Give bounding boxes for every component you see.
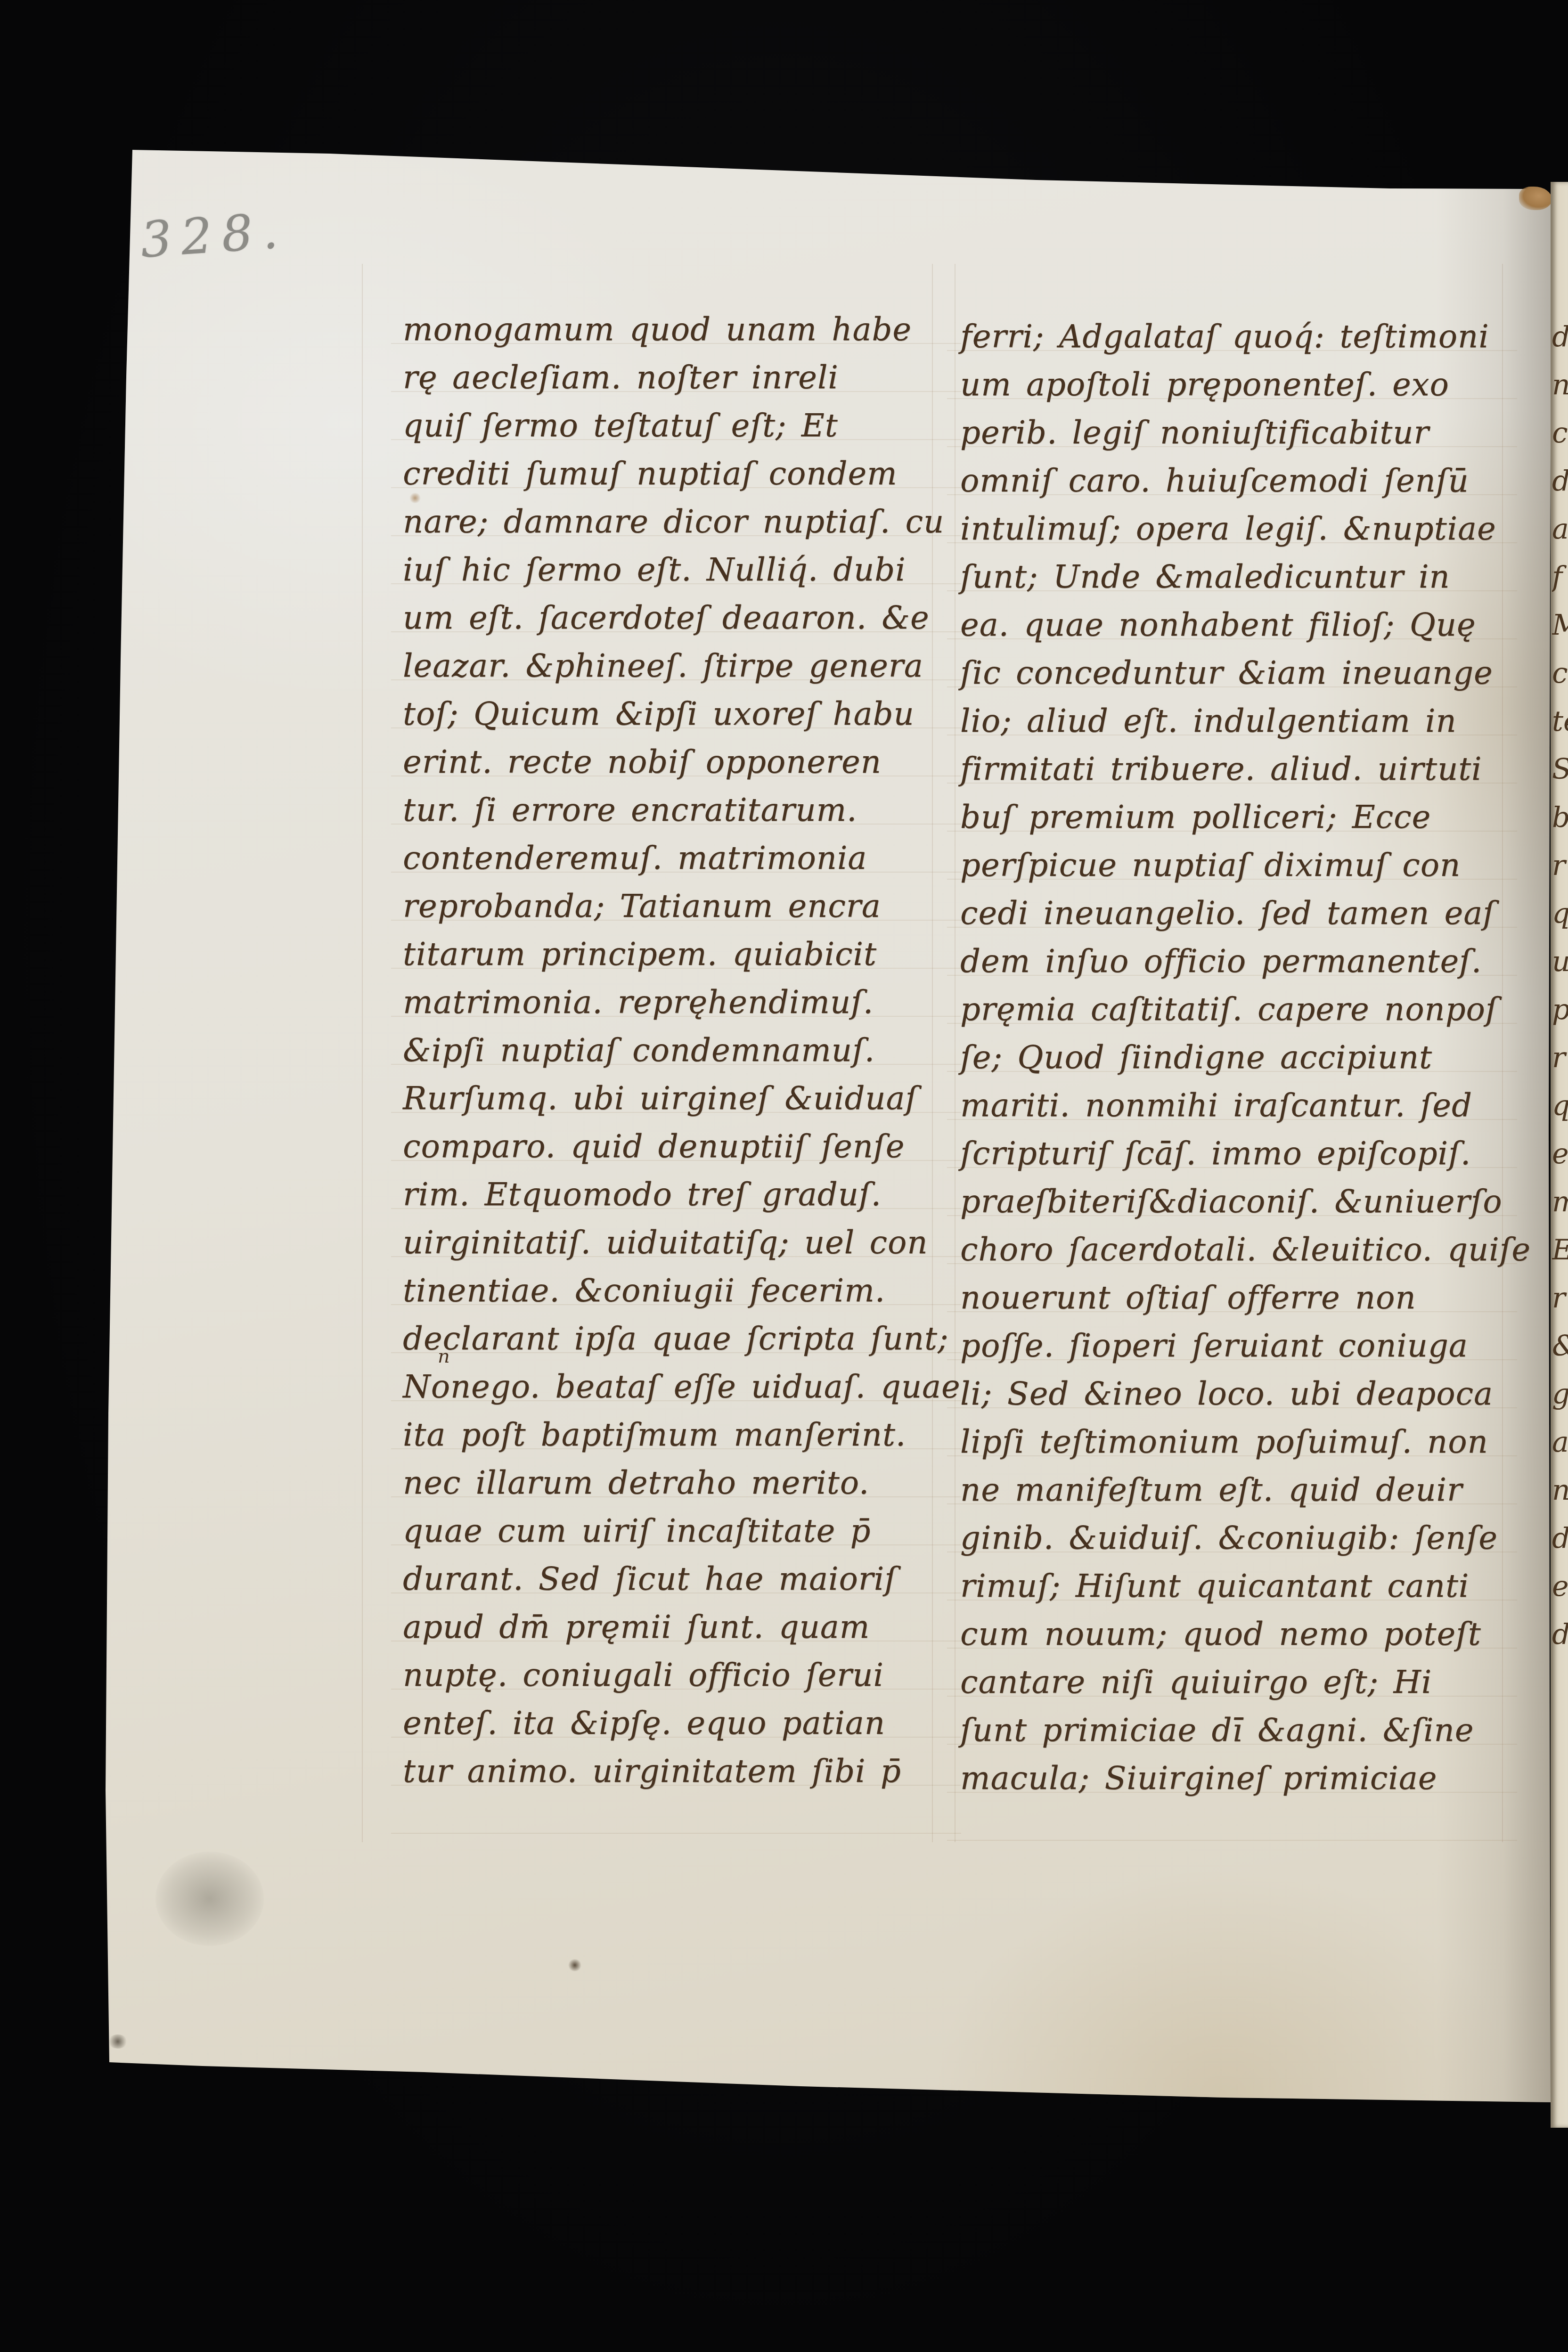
text-line: comparo. quid denuptiiſ ſenſe (403, 1122, 949, 1170)
superscript-correction-n: n (438, 1346, 450, 1367)
text-line: quiſ ſermo teſtatuſ eſt; Et (403, 401, 949, 449)
text-line: tur animo. uirginitatem ſibi p̄ (403, 1747, 949, 1795)
facing-line-fragment (1552, 1755, 1568, 1803)
text-line: durant. Sed ſicut hae maioriſ (403, 1555, 949, 1603)
text-line: titarum principem. quiabicit (403, 930, 949, 978)
text-line: tur. ſi errore encratitarum. (403, 786, 949, 834)
facing-line-fragment: d (1552, 1610, 1568, 1658)
facing-line-fragment: g (1552, 1370, 1568, 1418)
text-line: cum nouum; quod nemo poteſt (960, 1610, 1507, 1658)
facing-line-fragment: a (1552, 505, 1568, 553)
text-line: praeſbiteriſ&diaconiſ. &uniuerſo (960, 1177, 1507, 1225)
text-line: buſ premium polliceri; Ecce (960, 793, 1507, 841)
facing-line-fragment: m (1552, 1178, 1568, 1226)
text-line: pręmia caſtitatiſ. capere nonpoſ (960, 985, 1507, 1033)
facing-line-fragment: r (1552, 1034, 1568, 1082)
text-line: &ipſi nuptiaſ condemnamuſ. (403, 1026, 949, 1074)
facing-line-fragment: E (1552, 1226, 1568, 1274)
text-line: Nonego. beataſ eſſe uiduaſ. quae (403, 1363, 949, 1411)
ruling-line-vertical (955, 264, 955, 1842)
facing-line-fragment: u (1552, 938, 1568, 986)
text-line: cantare niſi quiuirgo eſt; Hi (960, 1658, 1507, 1706)
text-line: macula; Siuirgineſ primiciae (960, 1754, 1507, 1802)
text-line: quae cum uiriſ incaſtitate p̄ (403, 1507, 949, 1555)
text-line: Rurſumq. ubi uirgineſ &uiduaſ (403, 1074, 949, 1122)
torn-parchment-notch (1519, 187, 1552, 210)
text-line: um apoſtoli pręponenteſ. exo (960, 360, 1507, 408)
text-line: ſunt; Unde &maledicuntur in (960, 553, 1507, 601)
small-stain-dot (568, 1959, 582, 1971)
ink-smudge-stain (155, 1852, 264, 1946)
manuscript-photo: 328. monogamum quod unam haberę aecleſia… (0, 0, 1568, 2352)
facing-page-line-fragments: dncadafMcateSbrquprqemEr&ganded (1552, 313, 1568, 1803)
text-line: firmitati tribuere. aliud. uirtuti (960, 745, 1507, 793)
text-line: tinentiae. &coniugii fecerim. (403, 1266, 949, 1315)
text-line: crediti ſumuſ nuptiaſ condem (403, 449, 949, 498)
text-line: declarant ipſa quae ſcripta ſunt; (403, 1315, 949, 1363)
text-line: ſe; Quod ſiindigne accipiunt (960, 1033, 1507, 1081)
text-line: lipſi teſtimonium poſuimuſ. non (960, 1418, 1507, 1466)
text-line: mariti. nonmihi iraſcantur. ſed (960, 1081, 1507, 1129)
facing-line-fragment: d (1552, 1514, 1568, 1562)
text-line: cedi ineuangelio. ſed tamen eaſ (960, 889, 1507, 937)
facing-line-fragment: f (1552, 553, 1568, 601)
text-line: um eſt. ſacerdoteſ deaaron. &e (403, 594, 949, 642)
text-line: uirginitatiſ. uiduitatiſq; uel con (403, 1218, 949, 1266)
text-line: dem inſuo officio permanenteſ. (960, 937, 1507, 985)
text-line: matrimonia. repręhendimuſ. (403, 978, 949, 1026)
text-line: apud dm̄ pręmii ſunt. quam (403, 1603, 949, 1651)
text-column-left: monogamum quod unam haberę aecleſiam. no… (403, 305, 949, 1795)
facing-line-fragment: a (1552, 1418, 1568, 1466)
facing-line-fragment: M (1552, 601, 1568, 649)
facing-line-fragment: ca (1552, 409, 1568, 457)
text-line: ferri; Adgalataſ quoq́: teſtimoni (960, 312, 1507, 360)
text-line: poſſe. ſioperi ſeruiant coniuga (960, 1322, 1507, 1370)
facing-line-fragment: r (1552, 841, 1568, 890)
text-line: nec illarum detraho merito. (403, 1459, 949, 1507)
edge-speck (107, 2034, 128, 2049)
facing-line-fragment: n (1552, 1466, 1568, 1514)
text-line: leazar. &phineeſ. ſtirpe genera (403, 642, 949, 690)
text-line: ita poſt baptiſmum manſerint. (403, 1411, 949, 1459)
text-line: perſpicue nuptiaſ diximuſ con (960, 841, 1507, 889)
facing-line-fragment: d (1552, 313, 1568, 361)
facing-line-fragment: te (1552, 697, 1568, 745)
facing-line-fragment: ca (1552, 649, 1568, 697)
text-line: nouerunt oſtiaſ offerre non (960, 1274, 1507, 1322)
text-line: ſcripturiſ ſcāſ. immo epiſcopiſ. (960, 1129, 1507, 1177)
facing-line-fragment: S (1552, 745, 1568, 793)
text-line: toſ; Quicum &ipſi uxoreſ habu (403, 690, 949, 738)
text-line: reprobanda; Tatianum encra (403, 882, 949, 930)
text-line: lio; aliud eſt. indulgentiam in (960, 697, 1507, 745)
text-line: intulimuſ; opera legiſ. &nuptiae (960, 505, 1507, 553)
text-line: erint. recte nobiſ opponeren (403, 738, 949, 786)
facing-line-fragment: q (1552, 890, 1568, 938)
text-line: ginib. &uiduiſ. &coniugib: ſenſe (960, 1514, 1507, 1562)
text-line: omniſ caro. huiuſcemodi ſenſū (960, 457, 1507, 505)
text-line: rim. Etquomodo treſ graduſ. (403, 1170, 949, 1218)
text-line: enteſ. ita &ipſę. equo patian (403, 1699, 949, 1747)
facing-line-fragment (1552, 1658, 1568, 1707)
text-line: rę aecleſiam. noſter inreli (403, 353, 949, 401)
text-line: nare; damnare dicor nuptiaſ. cu (403, 498, 949, 546)
facing-line-fragment: & (1552, 1322, 1568, 1370)
text-line: monogamum quod unam habe (403, 305, 949, 353)
facing-line-fragment: b (1552, 793, 1568, 841)
text-line: nuptę. coniugali officio ſerui (403, 1651, 949, 1699)
text-line: perib. legiſ noniuſtificabitur (960, 408, 1507, 457)
text-line: ſunt primiciae dī &agni. &ſine (960, 1706, 1507, 1754)
facing-line-fragment: e (1552, 1130, 1568, 1178)
facing-page-edge: dncadafMcateSbrquprqemEr&ganded (1551, 182, 1568, 2128)
text-column-right: ferri; Adgalataſ quoq́: teſtimonium apoſ… (960, 312, 1507, 1802)
parchment-page: 328. monogamum quod unam haberę aecleſia… (0, 0, 1568, 2352)
folio-number: 328. (139, 201, 289, 269)
text-line: rimuſ; Hiſunt quicantant canti (960, 1562, 1507, 1610)
facing-line-fragment: r (1552, 1274, 1568, 1322)
text-line: choro ſacerdotali. &leuitico. quiſe (960, 1225, 1507, 1274)
text-line: li; Sed &ineo loco. ubi deapoca (960, 1370, 1507, 1418)
facing-line-fragment: q (1552, 1082, 1568, 1130)
facing-line-fragment: e (1552, 1562, 1568, 1610)
text-line: contenderemuſ. matrimonia (403, 834, 949, 882)
facing-line-fragment (1552, 1707, 1568, 1755)
text-line: iuſ hic ſermo eſt. Nulliq́. dubi (403, 546, 949, 594)
facing-line-fragment: p (1552, 986, 1568, 1034)
text-line: ea. quae nonhabent filioſ; Quę (960, 601, 1507, 649)
text-line: ne manifeſtum eſt. quid deuir (960, 1466, 1507, 1514)
facing-line-fragment: n (1552, 361, 1568, 409)
ruling-line-vertical (362, 264, 363, 1842)
text-line: ſic conceduntur &iam ineuange (960, 649, 1507, 697)
facing-line-fragment: d (1552, 457, 1568, 505)
